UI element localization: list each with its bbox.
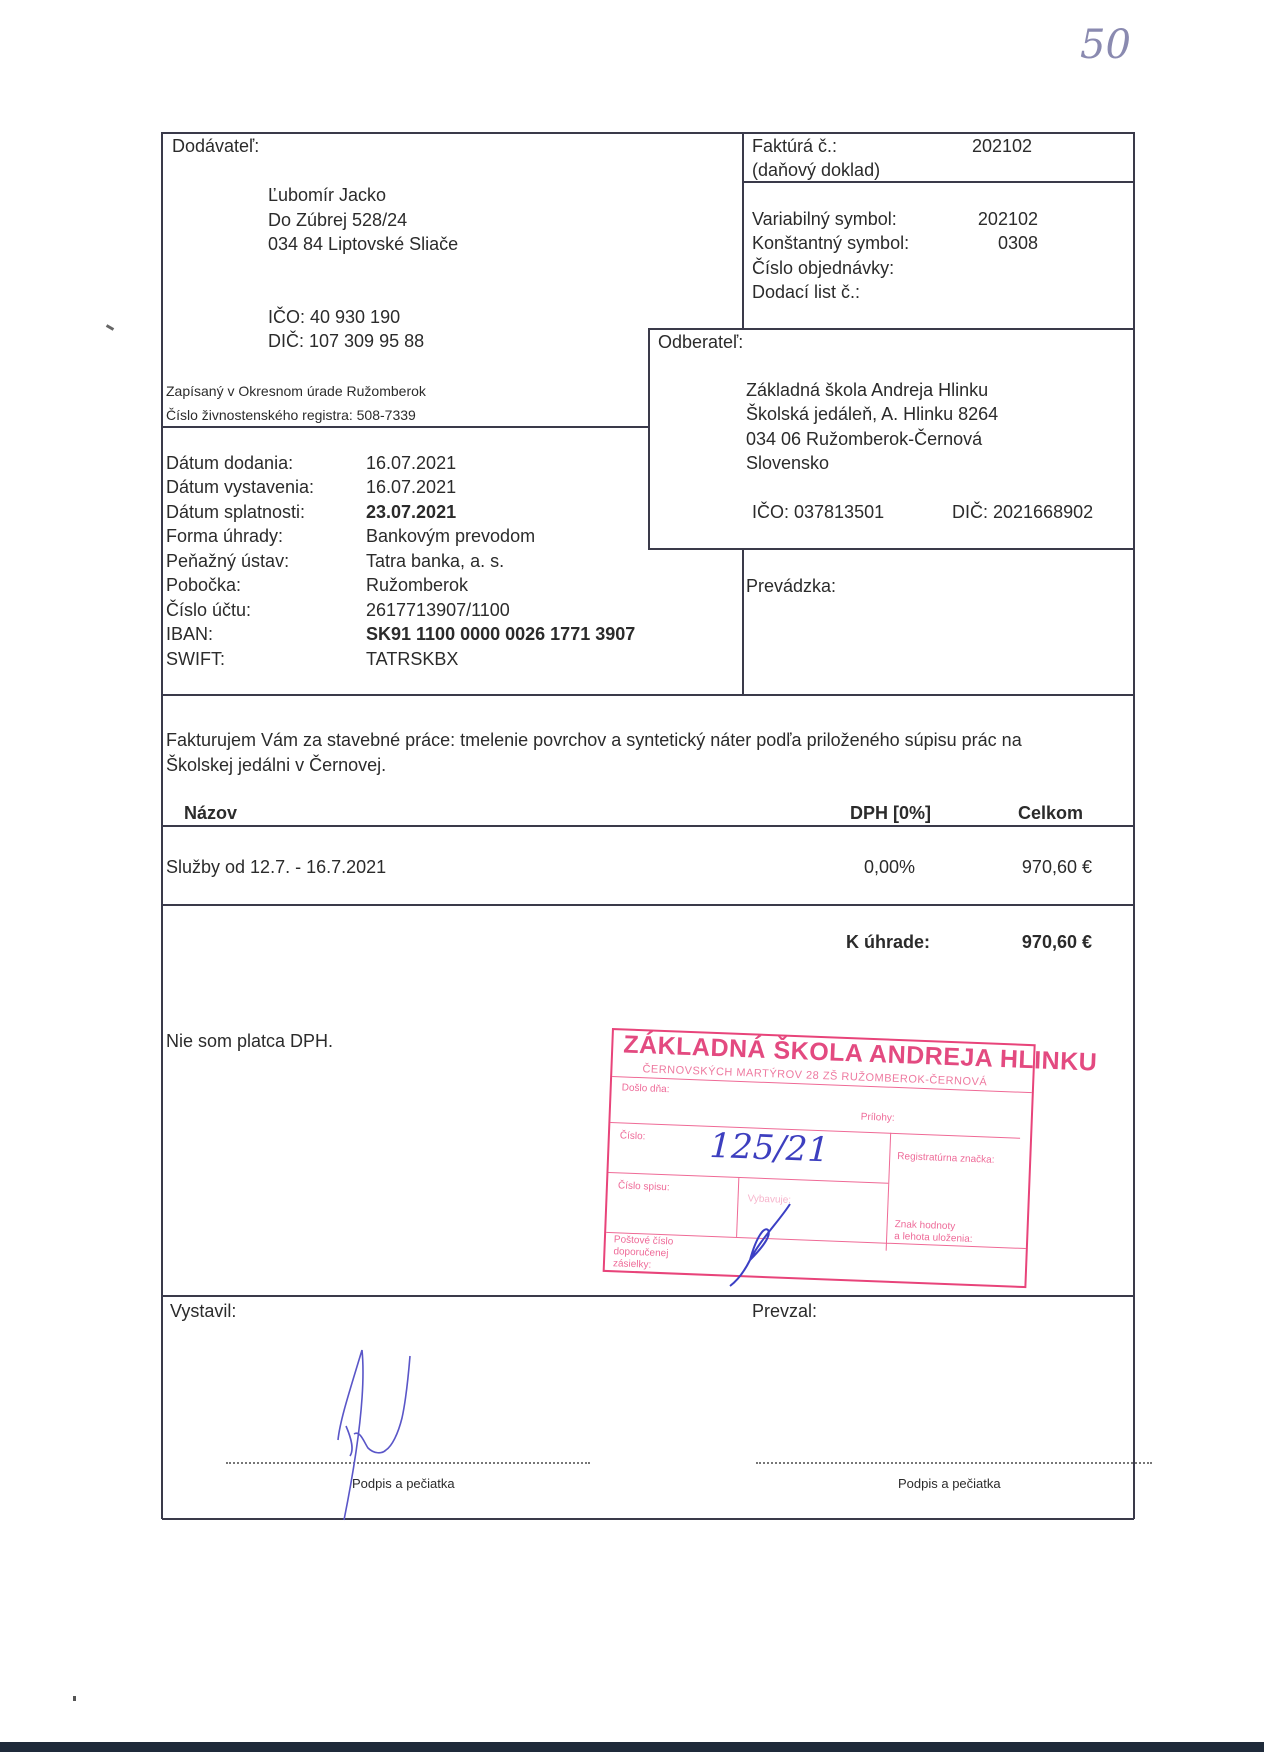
customer-city: 034 06 Ružomberok-Černová xyxy=(746,427,982,452)
page-number-annotation: 50 xyxy=(1080,22,1131,68)
issue-date-value: 16.07.2021 xyxy=(366,475,456,500)
supplier-name: Ľubomír Jacko xyxy=(268,183,386,208)
stamp-received-label: Došlo dňa: xyxy=(621,1082,669,1095)
swift-value: TATRSKBX xyxy=(366,647,458,672)
premises-label: Prevádzka: xyxy=(746,574,836,599)
customer-box-left xyxy=(648,328,650,549)
supplier-box-bottom xyxy=(162,426,649,428)
due-date-label: Dátum splatnosti: xyxy=(166,500,305,525)
vat-note: Nie som platca DPH. xyxy=(166,1029,333,1054)
stamp-value-label-1: Znak hodnoty xyxy=(894,1219,955,1232)
constant-symbol-value: 0308 xyxy=(940,231,1038,256)
variable-symbol-value: 202102 xyxy=(940,207,1038,232)
stamp-number-label: Číslo: xyxy=(620,1130,646,1142)
due-date-value: 23.07.2021 xyxy=(366,500,456,525)
divider-premises xyxy=(742,548,744,694)
constant-symbol-label: Konštantný symbol: xyxy=(752,231,909,256)
stamp-file-label: Číslo spisu: xyxy=(618,1180,670,1193)
bank-label: Peňažný ústav: xyxy=(166,549,289,574)
customer-dic: DIČ: 2021668902 xyxy=(952,500,1093,525)
supplier-city: 034 84 Liptovské Sliače xyxy=(268,232,458,257)
invoice-number-value: 202102 xyxy=(972,134,1032,159)
divider-table-bottom xyxy=(162,904,1134,906)
stamp-registry-mark-label: Registratúrna značka: xyxy=(897,1151,995,1166)
description-line-2: Školskej jedálni v Černovej. xyxy=(166,753,386,778)
scan-dot xyxy=(73,1696,76,1701)
amount-due-label: K úhrade: xyxy=(846,930,930,955)
payment-method-value: Bankovým prevodom xyxy=(366,524,535,549)
invoice-doc-type: (daňový doklad) xyxy=(752,158,880,183)
sign-caption-right: Podpis a pečiatka xyxy=(898,1475,1001,1493)
branch-label: Pobočka: xyxy=(166,573,241,598)
bank-value: Tatra banka, a. s. xyxy=(366,549,504,574)
supplier-registry-office: Zapísaný v Okresnom úrade Ružomberok xyxy=(166,381,426,401)
account-label: Číslo účtu: xyxy=(166,598,251,623)
customer-ico: IČO: 037813501 xyxy=(752,500,884,525)
delivery-note-label: Dodací list č.: xyxy=(752,280,860,305)
item-total: 970,60 € xyxy=(990,855,1092,880)
signature-line-right xyxy=(756,1462,1152,1464)
col-header-total: Celkom xyxy=(1018,801,1083,826)
delivery-date-value: 16.07.2021 xyxy=(366,451,456,476)
iban-label: IBAN: xyxy=(166,622,213,647)
divider-description xyxy=(162,694,1134,696)
customer-street: Školská jedáleň, A. Hlinku 8264 xyxy=(746,402,998,427)
payment-method-label: Forma úhrady: xyxy=(166,524,283,549)
stamp-postal-label-1: Poštové číslo xyxy=(614,1234,674,1247)
issue-date-label: Dátum vystavenia: xyxy=(166,475,314,500)
supplier-ico: IČO: 40 930 190 xyxy=(268,305,400,330)
issuer-signature xyxy=(310,1330,470,1530)
order-number-label: Číslo objednávky: xyxy=(752,256,894,281)
stamp-postal-label-2: doporučenej xyxy=(613,1246,668,1259)
divider-invoice xyxy=(742,132,744,328)
stamp-rule xyxy=(886,1133,892,1251)
swift-label: SWIFT: xyxy=(166,647,225,672)
amount-due-value: 970,60 € xyxy=(980,930,1092,955)
item-vat: 0,00% xyxy=(864,855,915,880)
variable-symbol-label: Variabilný symbol: xyxy=(752,207,897,232)
issued-by-label: Vystavil: xyxy=(170,1299,236,1324)
supplier-dic: DIČ: 107 309 95 88 xyxy=(268,329,424,354)
stamp-attachments-label: Prílohy: xyxy=(861,1112,895,1124)
customer-country: Slovensko xyxy=(746,451,829,476)
iban-value: SK91 1100 0000 0026 1771 3907 xyxy=(366,622,635,647)
supplier-heading: Dodávateľ: xyxy=(172,134,259,159)
description-line-1: Fakturujem Vám za stavebné práce: tmelen… xyxy=(166,728,1022,753)
branch-value: Ružomberok xyxy=(366,573,468,598)
frame-bottom xyxy=(162,1518,1134,1520)
registry-stamp: ZÁKLADNÁ ŠKOLA ANDREJA HLINKU ČERNOVSKÝC… xyxy=(603,1028,1036,1288)
received-by-label: Prevzal: xyxy=(752,1299,817,1324)
delivery-date-label: Dátum dodania: xyxy=(166,451,293,476)
supplier-street: Do Zúbrej 528/24 xyxy=(268,208,407,233)
customer-name: Základná škola Andreja Hlinku xyxy=(746,378,988,403)
divider-table-header xyxy=(162,825,1134,827)
supplier-trade-registry: Číslo živnostenského registra: 508-7339 xyxy=(166,405,416,425)
scan-bottom-edge xyxy=(0,1742,1264,1752)
stamp-postal-label-3: zásielky: xyxy=(613,1258,652,1270)
customer-heading: Odberateľ: xyxy=(658,330,743,355)
scan-mark xyxy=(106,324,114,331)
stamp-signature xyxy=(720,1200,810,1290)
invoice-number-label: Faktúrá č.: xyxy=(752,134,837,159)
customer-box-bottom xyxy=(648,548,1134,550)
account-value: 2617713907/1100 xyxy=(366,598,510,623)
stamp-number-value: 125/21 xyxy=(709,1126,830,1171)
item-name: Služby od 12.7. - 16.7.2021 xyxy=(166,855,386,880)
col-header-name: Názov xyxy=(184,801,237,826)
col-header-vat: DPH [0%] xyxy=(850,801,931,826)
divider-signatures xyxy=(162,1295,1134,1297)
